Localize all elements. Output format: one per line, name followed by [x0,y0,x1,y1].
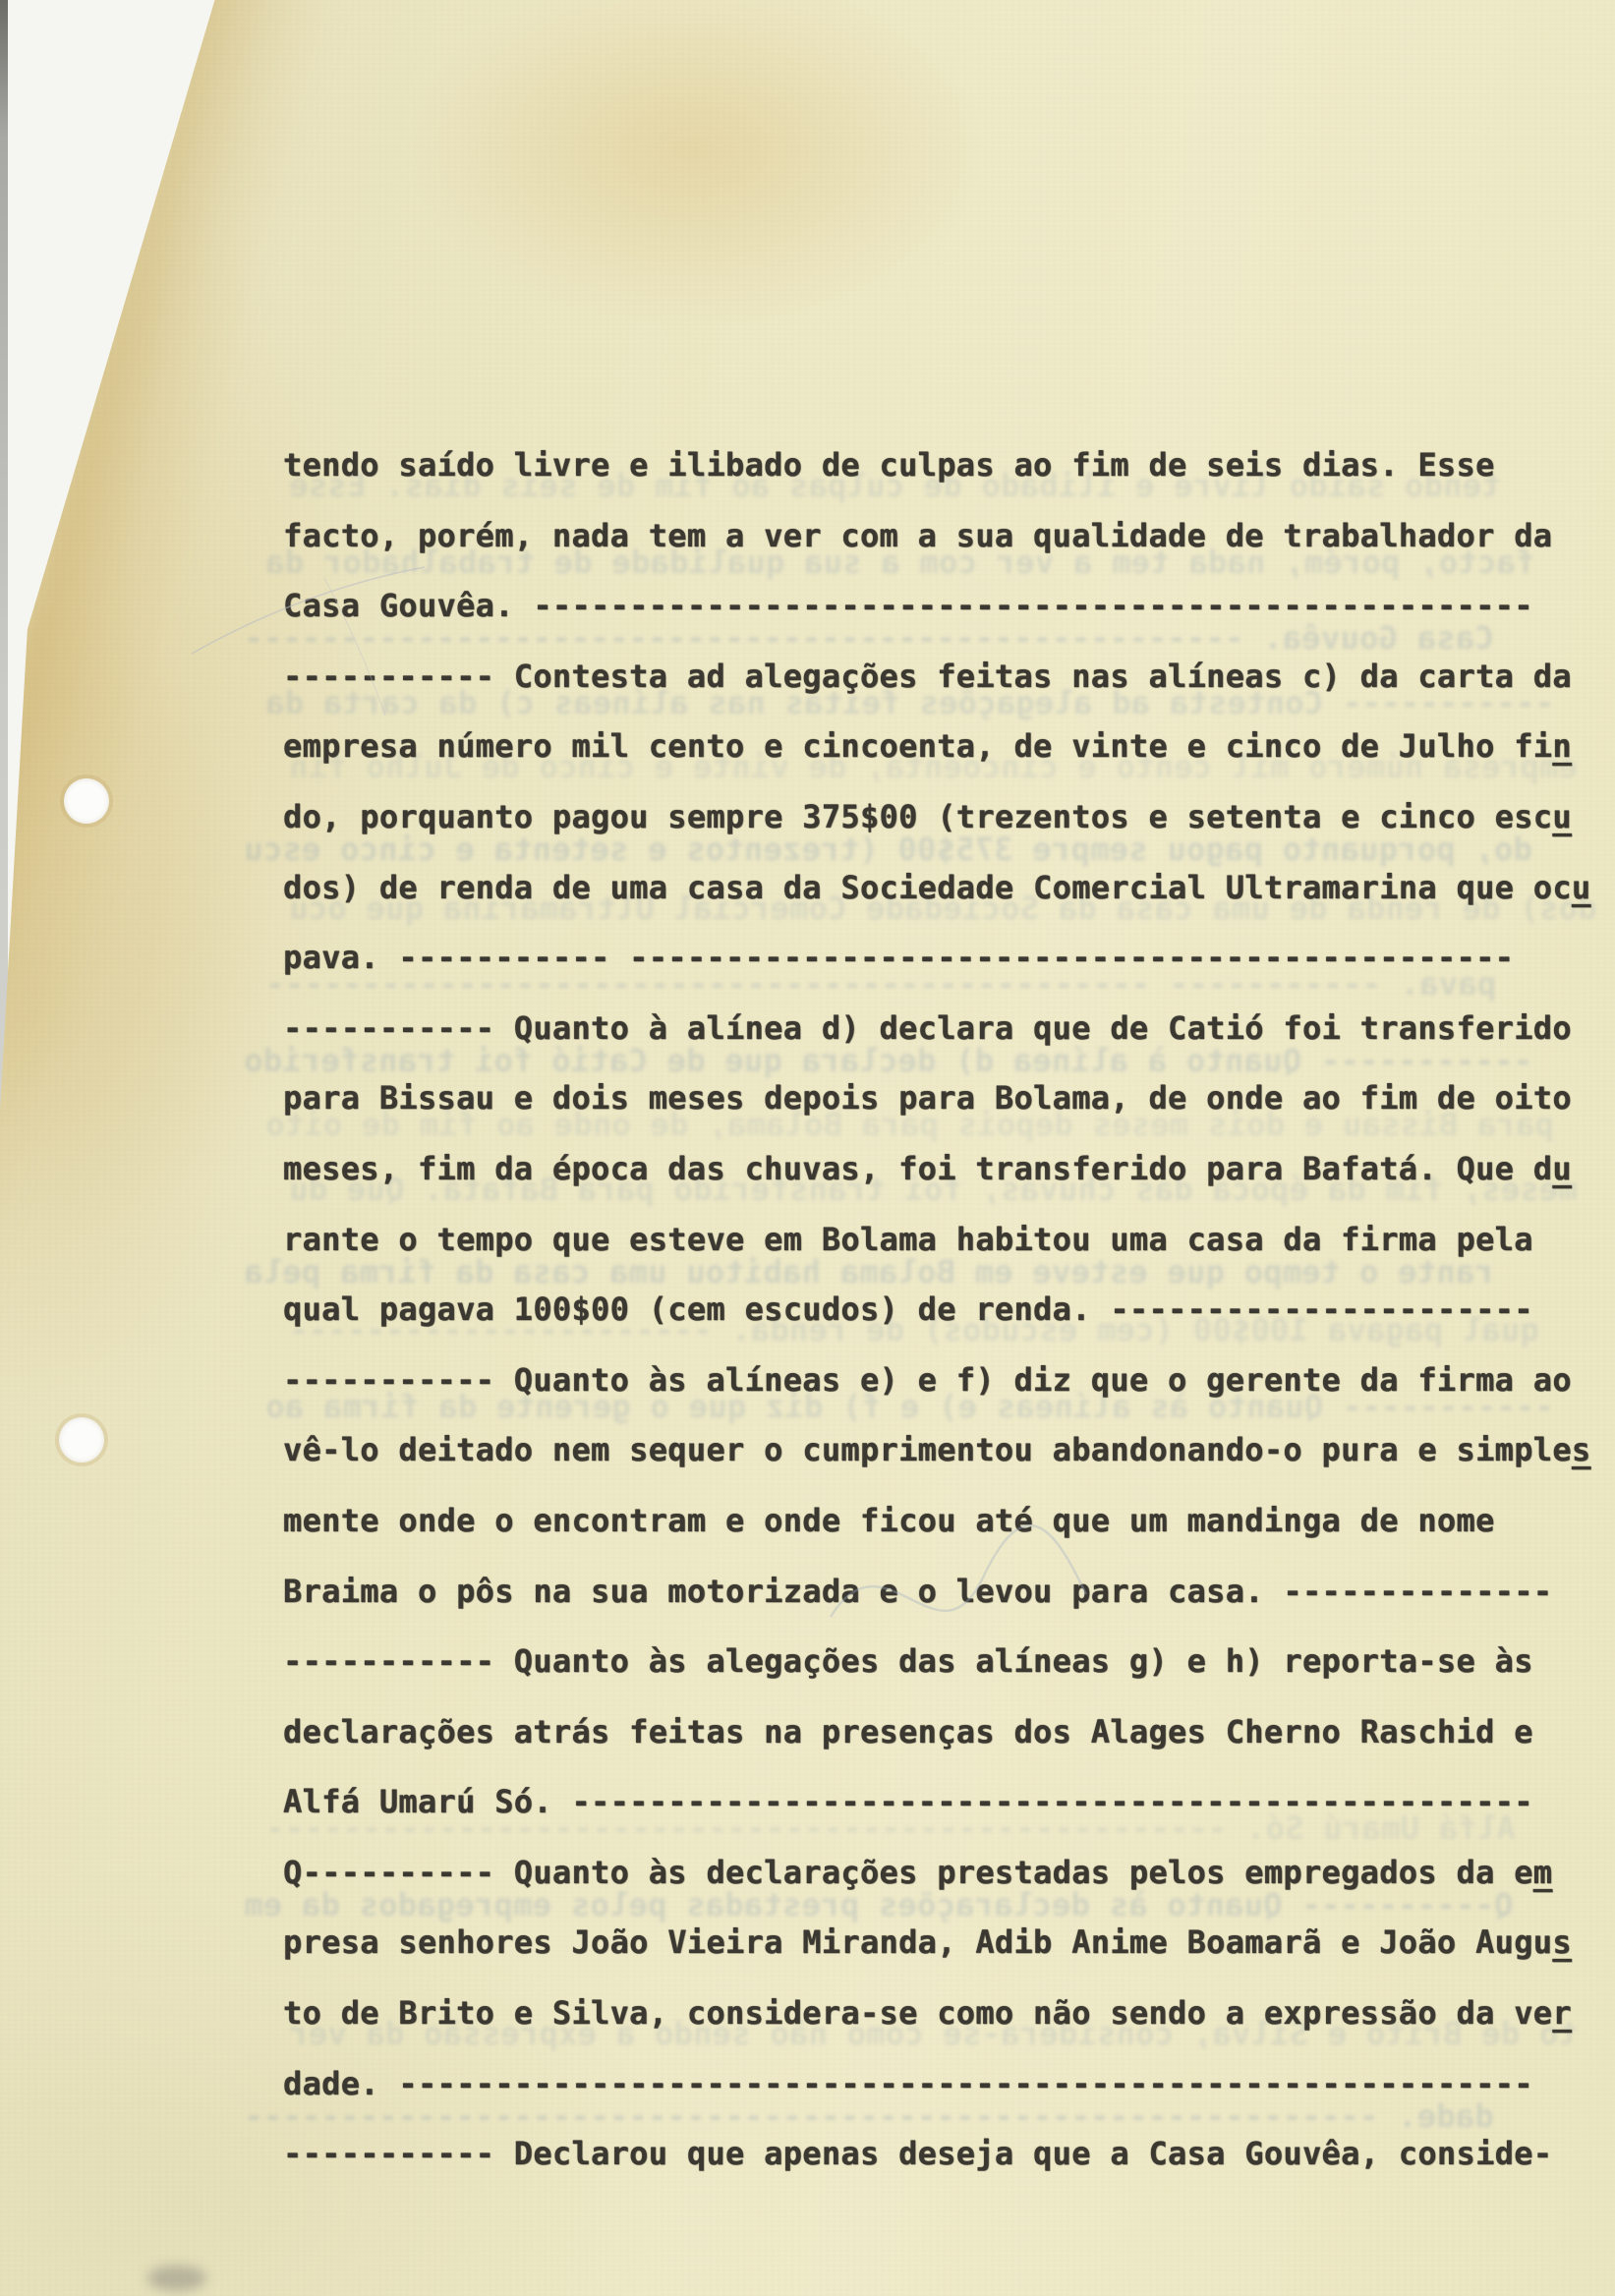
text-line: tendo saído livre e ilibado de culpas ao… [283,430,1590,501]
text-line: mente onde o encontram e onde ficou até … [283,1486,1590,1557]
punch-hole [59,1417,104,1463]
typewritten-line-text: Casa Gouvêa. ---------------------------… [283,587,1533,624]
typewritten-line-text: ----------- Quanto às alíneas e) e f) di… [283,1361,1572,1399]
continuation-underline-letter: u [1572,869,1591,906]
ink-smudge [147,2266,206,2291]
typewritten-line-text: declarações atrás feitas na presenças do… [283,1713,1533,1751]
continuation-underline-letter: u [1552,798,1572,835]
typewritten-line-text: ----------- Quanto à alínea d) declara q… [283,1009,1572,1047]
paper-sheet: tendo saído livre e ilibado de culpas ao… [0,0,1615,2296]
typewritten-line-text: rante o tempo que esteve em Bolama habit… [283,1221,1533,1258]
text-line: to de Brito e Silva, considera-se como n… [283,1979,1590,2049]
typewritten-line-text: presa senhores João Vieira Miranda, Adib… [283,1923,1572,1961]
continuation-underline-letter: r [1552,1994,1572,2032]
typewritten-line-text: ----------- Declarou que apenas deseja q… [283,2135,1552,2172]
typewritten-line-text: vê-lo deitado nem sequer o cumprimentou … [283,1431,1590,1468]
punch-hole [64,778,109,824]
typewritten-line-text: Braima o pôs na sua motorizada e o levou… [283,1573,1552,1610]
text-line: Alfá Umarú Só. -------------------------… [283,1767,1590,1838]
scanned-document-page: tendo saído livre e ilibado de culpas ao… [0,0,1615,2296]
typewritten-line-text: empresa número mil cento e cincoenta, de… [283,727,1572,765]
typewritten-line-text: Q---------- Quanto às declarações presta… [283,1854,1552,1891]
continuation-underline-letter: s [1572,1431,1591,1468]
typewritten-line-text: dos) de renda de uma casa da Sociedade C… [283,869,1590,906]
typewritten-line-text: qual pagava 100$00 (cem escudos) de rend… [283,1291,1533,1328]
typewritten-line-text: dade. ----------------------------------… [283,2065,1533,2102]
typewritten-line-text: do, porquanto pagou sempre 375$00 (treze… [283,798,1572,835]
typewritten-text-block: tendo saído livre e ilibado de culpas ao… [283,430,1590,2190]
text-line: Braima o pôs na sua motorizada e o levou… [283,1557,1590,1628]
typewritten-line-text: facto, porém, nada tem a ver com a sua q… [283,517,1552,554]
typewritten-line-text: mente onde o encontram e onde ficou até … [283,1502,1495,1539]
continuation-underline-letter: u [1552,1150,1572,1187]
typewritten-line-text: ----------- Quanto às alegações das alín… [283,1642,1533,1680]
typewritten-line-text: tendo saído livre e ilibado de culpas ao… [283,446,1495,484]
continuation-underline-letter: n [1552,727,1572,765]
typewritten-line-text: pava. ----------- ----------------------… [283,939,1514,976]
typewritten-line-text: ----------- Contesta ad alegações feitas… [283,658,1572,695]
typewritten-line-text: para Bissau e dois meses depois para Bol… [283,1079,1572,1117]
continuation-underline-letter: m [1533,1854,1553,1891]
typewritten-line-text: Alfá Umarú Só. -------------------------… [283,1783,1533,1820]
typewritten-line-text: meses, fim da época das chuvas, foi tran… [283,1150,1572,1187]
text-line: declarações atrás feitas na presenças do… [283,1697,1590,1768]
typewritten-line-text: to de Brito e Silva, considera-se como n… [283,1994,1572,2032]
text-line: ----------- Quanto às alegações das alín… [283,1627,1590,1697]
continuation-underline-letter: s [1552,1923,1572,1961]
